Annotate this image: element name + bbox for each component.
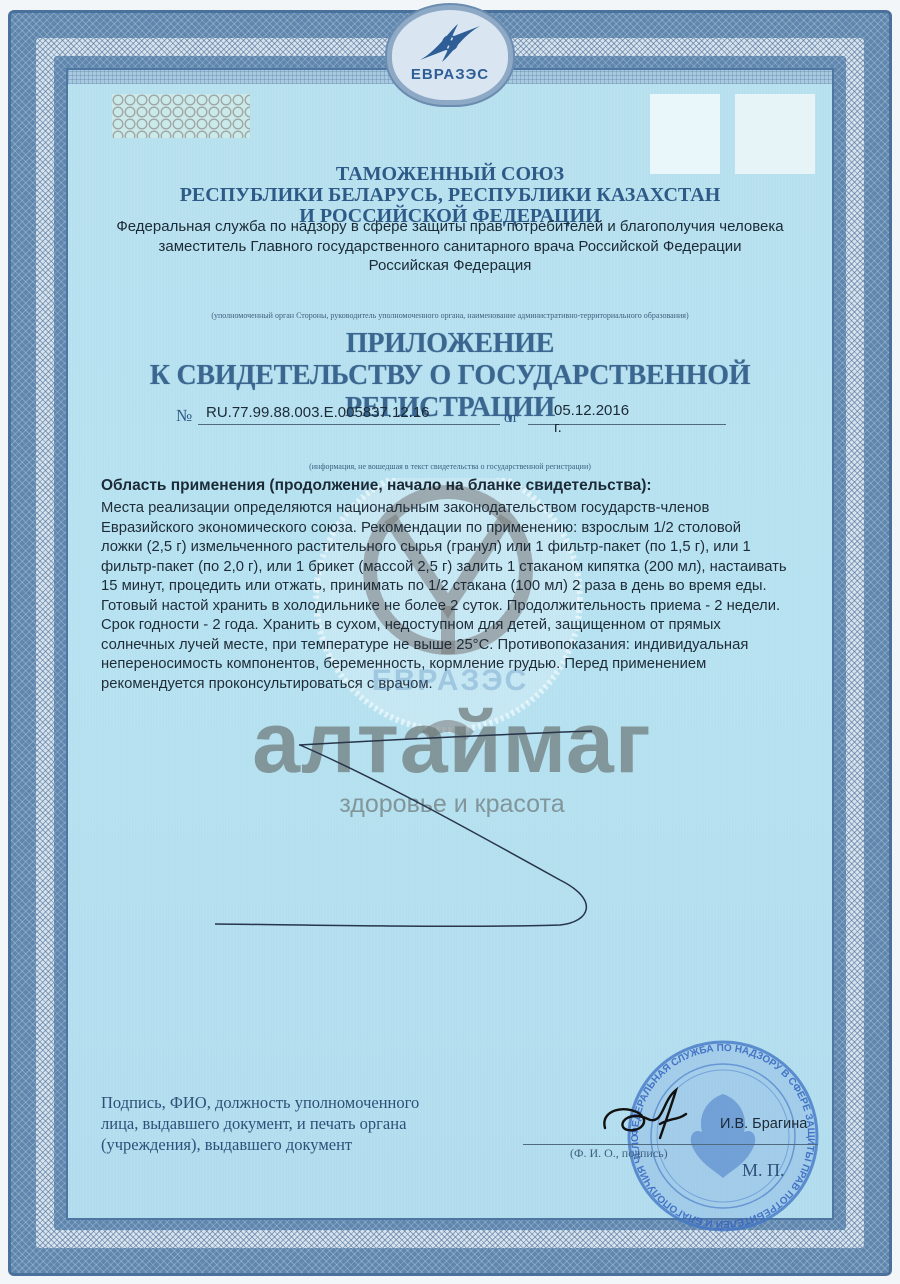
registration-caption: (информация, не вошедшая в текст свидете… [68, 462, 832, 471]
signature-instructions: Подпись, ФИО, должность уполномоченного … [101, 1092, 503, 1155]
number-label: № [176, 406, 192, 426]
registration-number: RU.77.99.88.003.Е.005837.12.16 [206, 404, 430, 421]
eurasec-emblem: ЕВРАЗЭС [382, 6, 518, 104]
section-title: Область применения (продолжение, начало … [101, 477, 652, 495]
authority-line3: Российская Федерация [68, 256, 832, 276]
union-heading-line2: РЕСПУБЛИКИ БЕЛАРУСЬ, РЕСПУБЛИКИ КАЗАХСТА… [68, 184, 832, 206]
signature-instructions-line: Подпись, ФИО, должность уполномоченного [101, 1092, 503, 1113]
watermark-brand: алтаймаг [222, 698, 682, 788]
eurasec-logo-icon [418, 20, 482, 66]
security-window-left [650, 94, 720, 174]
body-line: 15 минут, процедить или отжать, принимат… [101, 577, 817, 597]
authority-line2: заместитель Главного государственного са… [68, 237, 832, 257]
hologram-patch [112, 94, 250, 138]
stamp-place-mark: М. П. [742, 1160, 785, 1181]
security-window-right [735, 94, 815, 174]
signature-underline [523, 1144, 818, 1145]
body-line: солнечных лучей месте, при температуре н… [101, 636, 817, 656]
watermark-tagline: здоровье и красота [222, 790, 682, 819]
date-label: от [504, 410, 518, 427]
union-heading-line1: ТАМОЖЕННЫЙ СОЮЗ [68, 163, 832, 185]
registration-date: 05.12.2016 г. [554, 402, 629, 436]
authority-line1: Федеральная служба по надзору в сфере за… [68, 217, 832, 237]
official-stamp: ФЕДЕРАЛЬНАЯ СЛУЖБА ПО НАДЗОРУ В СФЕРЕ ЗА… [618, 1036, 828, 1236]
body-line: ложки (2,5 г) измельченного растительног… [101, 538, 817, 558]
body-line: Места реализации определяются национальн… [101, 499, 817, 519]
signature-instructions-line: лица, выдавшего документ, и печать орган… [101, 1113, 503, 1134]
watermark-seal-label: ЕВРАЗЭС [330, 664, 570, 698]
signature-instructions-line: (учреждения), выдавшего документ [101, 1134, 503, 1155]
document-title-line1: ПРИЛОЖЕНИЕ [68, 328, 832, 360]
emblem-label: ЕВРАЗЭС [382, 66, 518, 83]
body-line: Евразийского экономического союза. Реком… [101, 519, 817, 539]
body-line: Срок годности - 2 года. Хранить в сухом,… [101, 616, 817, 636]
authority-caption: (уполномоченный орган Стороны, руководит… [68, 311, 832, 320]
body-line: фильтр-пакет (по 2,0 г), или 1 брикет (м… [101, 558, 817, 578]
signer-name: И.В. Брагина [720, 1116, 807, 1132]
body-line: Готовый настой хранить в холодильнике не… [101, 597, 817, 617]
signature-caption: (Ф. И. О., подпись) [570, 1146, 668, 1161]
